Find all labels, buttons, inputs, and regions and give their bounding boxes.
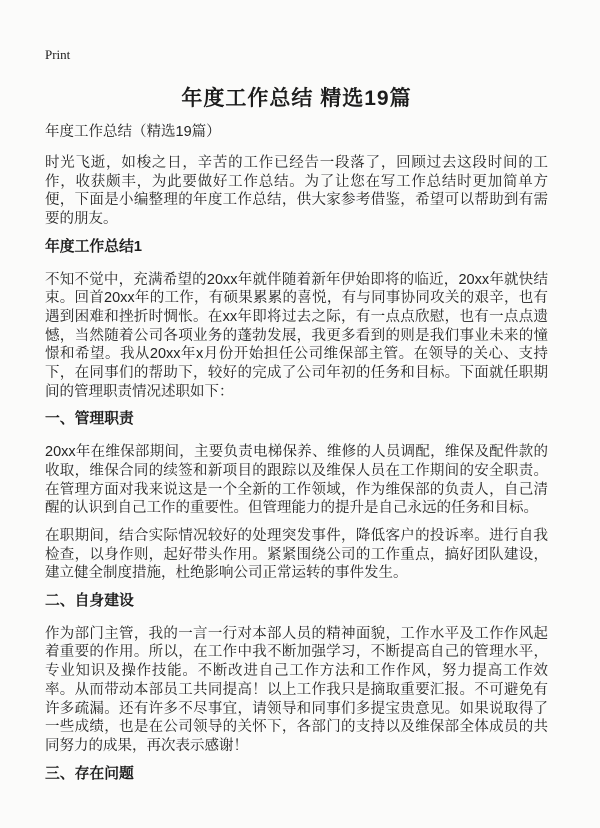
heading-existing-problems: 三、存在问题	[45, 765, 548, 784]
heading-management-duties: 一、管理职责	[45, 410, 548, 429]
intro-paragraph: 时光飞逝，如梭之日，辛苦的工作已经告一段落了，回顾过去这段时间的工作，收获颇丰，…	[45, 154, 548, 229]
document-page: Print 年度工作总结 精选19篇 年度工作总结（精选19篇） 时光飞逝，如梭…	[0, 0, 600, 828]
print-button[interactable]: Print	[45, 47, 70, 62]
paragraph-maintenance-duties: 20xx年在维保部期间，主要负责电梯保养、维修的人员调配，维保及配件款的收取，维…	[45, 443, 548, 518]
paragraph-self-improvement: 作为部门主管，我的一言一行对本部人员的精神面貌，工作水平及工作作风起着重要的作用…	[45, 625, 548, 756]
page-title: 年度工作总结 精选19篇	[45, 87, 548, 110]
paragraph-opening-review: 不知不觉中，充满希望的20xx年就伴随着新年伊始即将的临近，20xx年就快结束。…	[45, 271, 548, 402]
paragraph-incident-handling: 在职期间，结合实际情况较好的处理突发事件，降低客户的投诉率。进行自我检查，以身作…	[45, 527, 548, 583]
heading-self-construction: 二、自身建设	[45, 592, 548, 611]
heading-annual-summary-1: 年度工作总结1	[45, 238, 548, 257]
document-subtitle: 年度工作总结（精选19篇）	[45, 123, 548, 142]
